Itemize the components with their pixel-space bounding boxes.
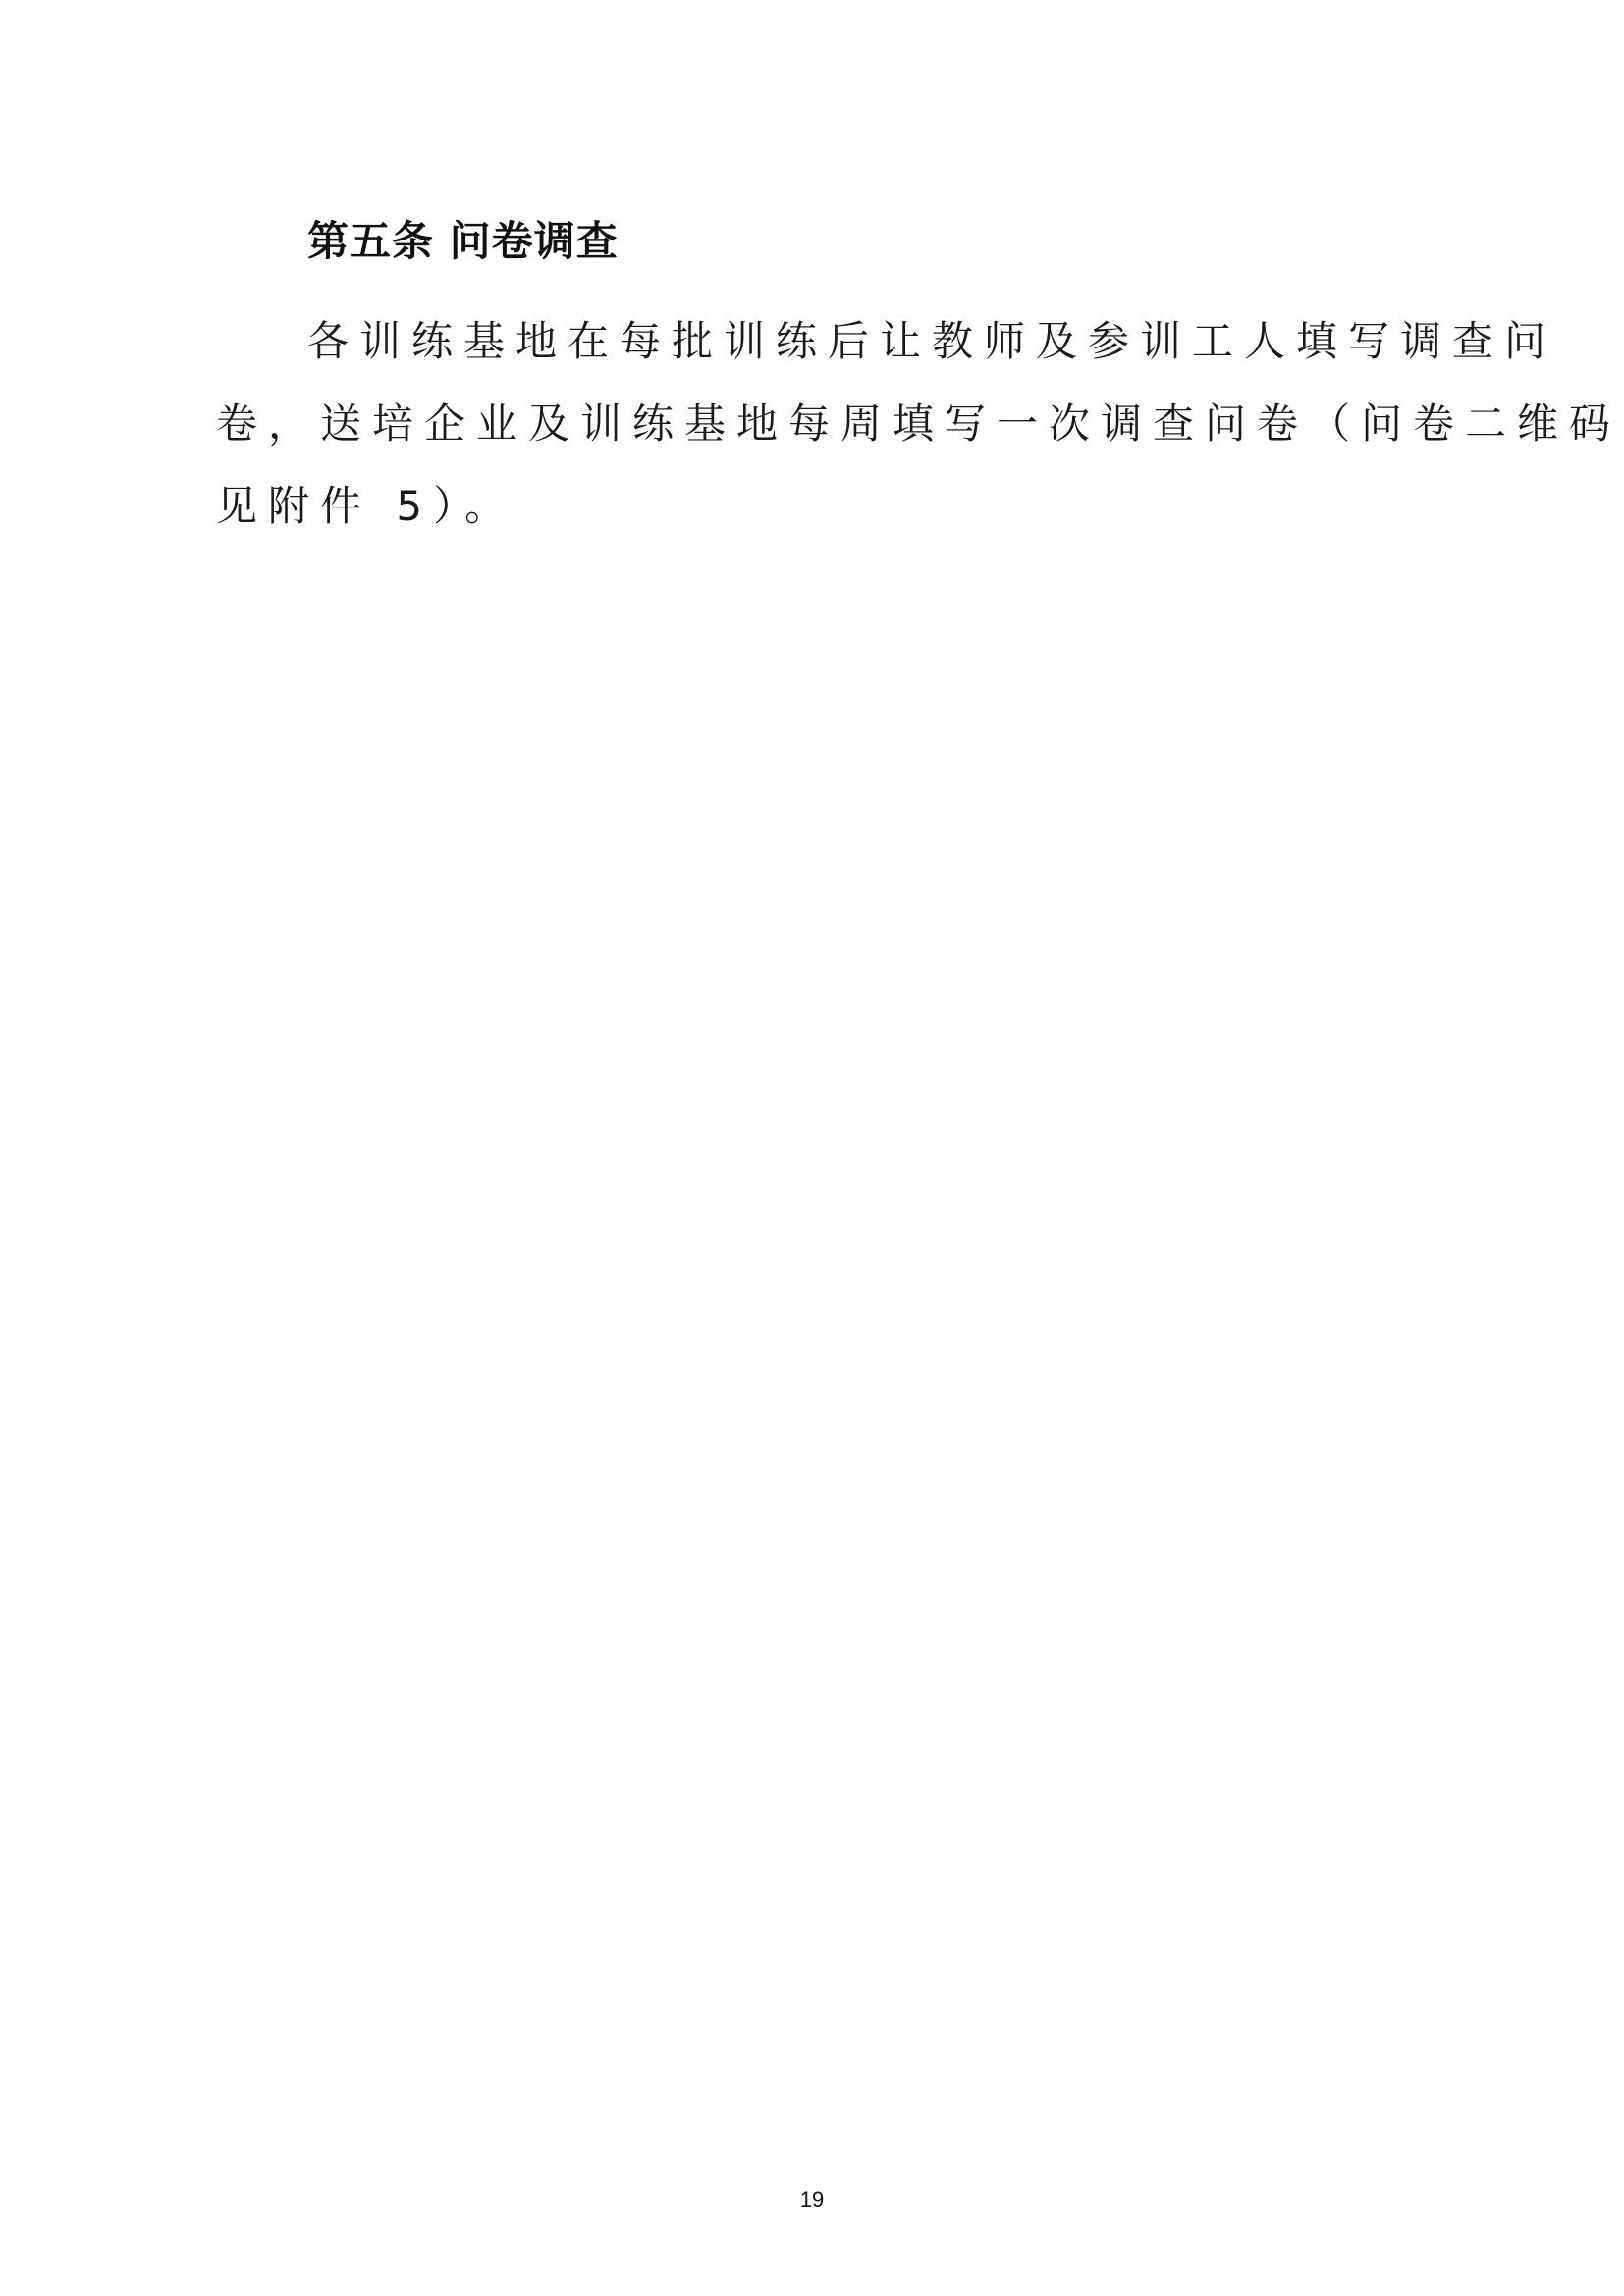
paragraph-line: 各训练基地在每批训练后让教师及参训工人填写调查问 bbox=[216, 300, 1414, 383]
section-heading: 第五条 问卷调查 bbox=[307, 214, 619, 269]
body-paragraph: 各训练基地在每批训练后让教师及参训工人填写调查问 卷，送培企业及训练基地每周填写… bbox=[216, 300, 1414, 548]
page-number: 19 bbox=[0, 2187, 1624, 2213]
document-page: 第五条 问卷调查 各训练基地在每批训练后让教师及参训工人填写调查问 卷，送培企业… bbox=[0, 0, 1624, 2296]
paragraph-line: 见附件 5）。 bbox=[216, 465, 1414, 548]
paragraph-line: 卷，送培企业及训练基地每周填写一次调查问卷（问卷二维码 bbox=[216, 383, 1414, 465]
